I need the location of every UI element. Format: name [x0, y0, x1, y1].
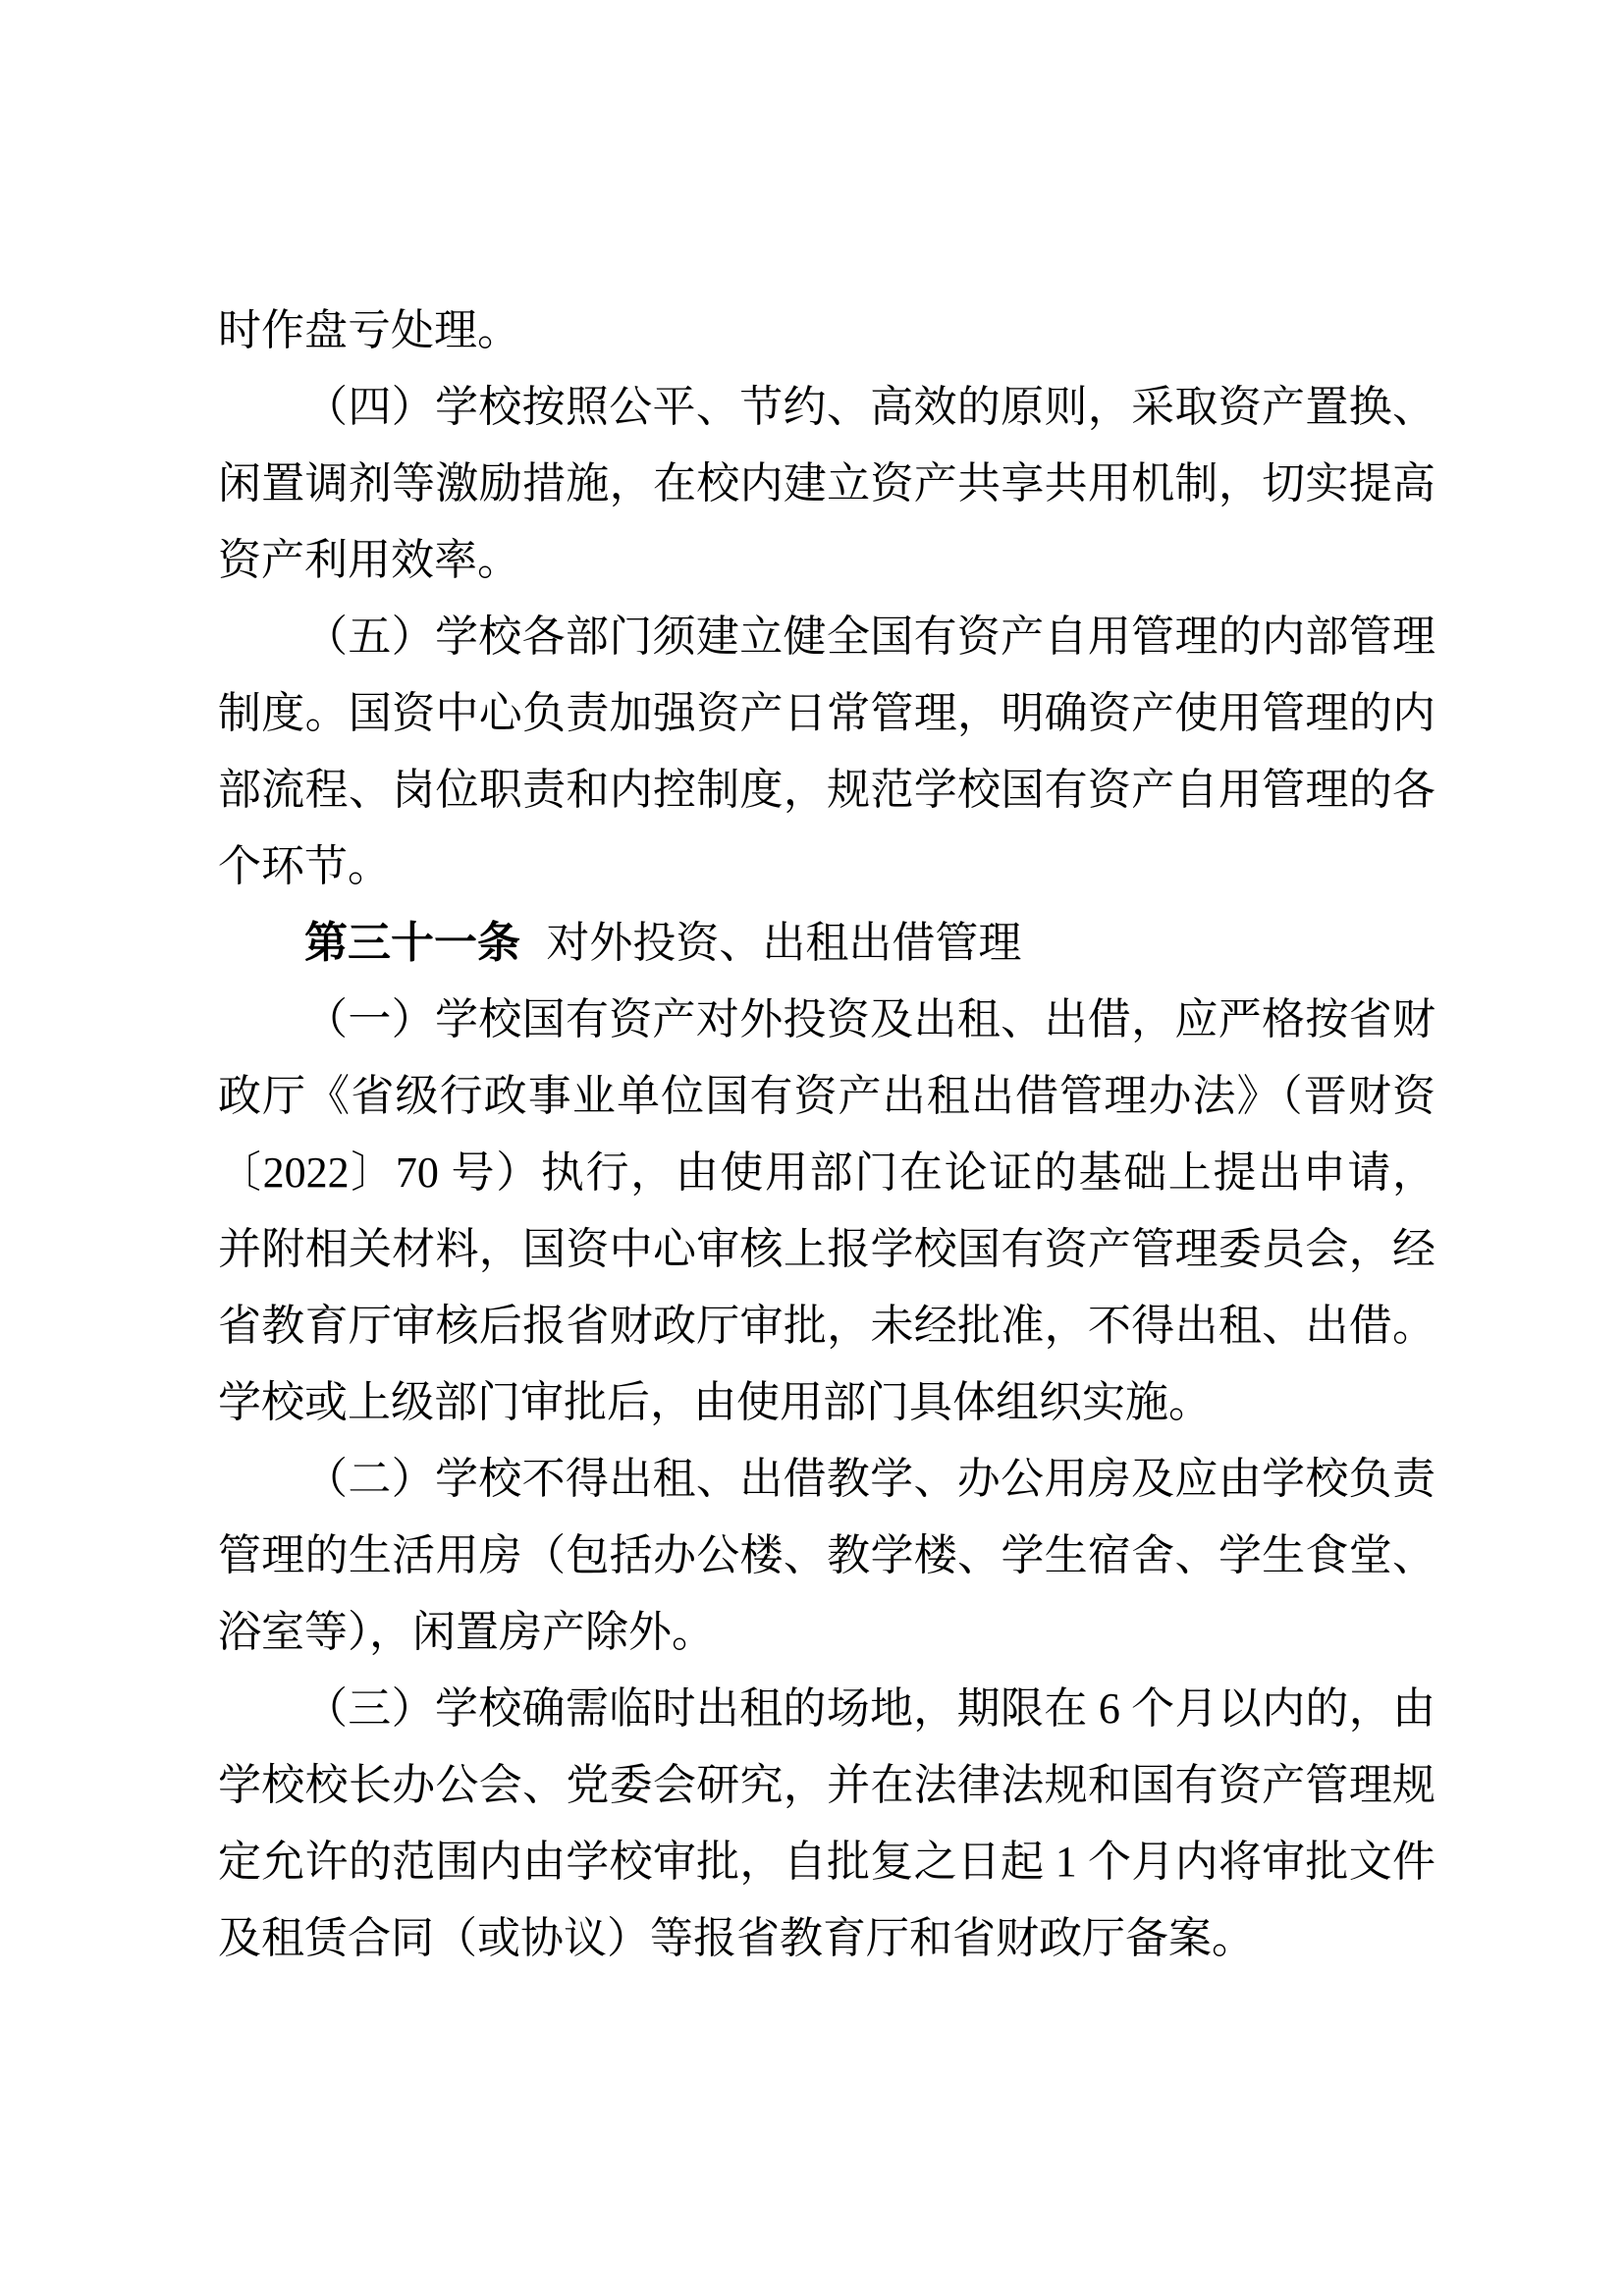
paragraph-item-2: （二）学校不得出租、出借教学、办公用房及应由学校负责管理的生活用房（包括办公楼、… [218, 1441, 1435, 1671]
paragraph-item-4: （四）学校按照公平、节约、高效的原则，采取资产置换、闲置调剂等激励措施，在校内建… [218, 369, 1435, 599]
document-body: 时作盘亏处理。 （四）学校按照公平、节约、高效的原则，采取资产置换、闲置调剂等激… [218, 293, 1435, 1977]
paragraph-item-5: （五）学校各部门须建立健全国有资产自用管理的内部管理制度。国资中心负责加强资产日… [218, 599, 1435, 905]
paragraph-continuation: 时作盘亏处理。 [218, 293, 1435, 369]
paragraph-article-31: 第三十一条对外投资、出租出借管理 [218, 905, 1435, 982]
article-31-title: 对外投资、出租出借管理 [546, 919, 1021, 967]
document-page: 时作盘亏处理。 （四）学校按照公平、节约、高效的原则，采取资产置换、闲置调剂等激… [0, 0, 1624, 2296]
paragraph-item-3: （三）学校确需临时出租的场地，期限在 6 个月以内的，由学校校长办公会、党委会研… [218, 1671, 1435, 1977]
article-31-number: 第三十一条 [304, 919, 520, 967]
paragraph-item-1: （一）学校国有资产对外投资及出租、出借，应严格按省财政厅《省级行政事业单位国有资… [218, 982, 1435, 1441]
